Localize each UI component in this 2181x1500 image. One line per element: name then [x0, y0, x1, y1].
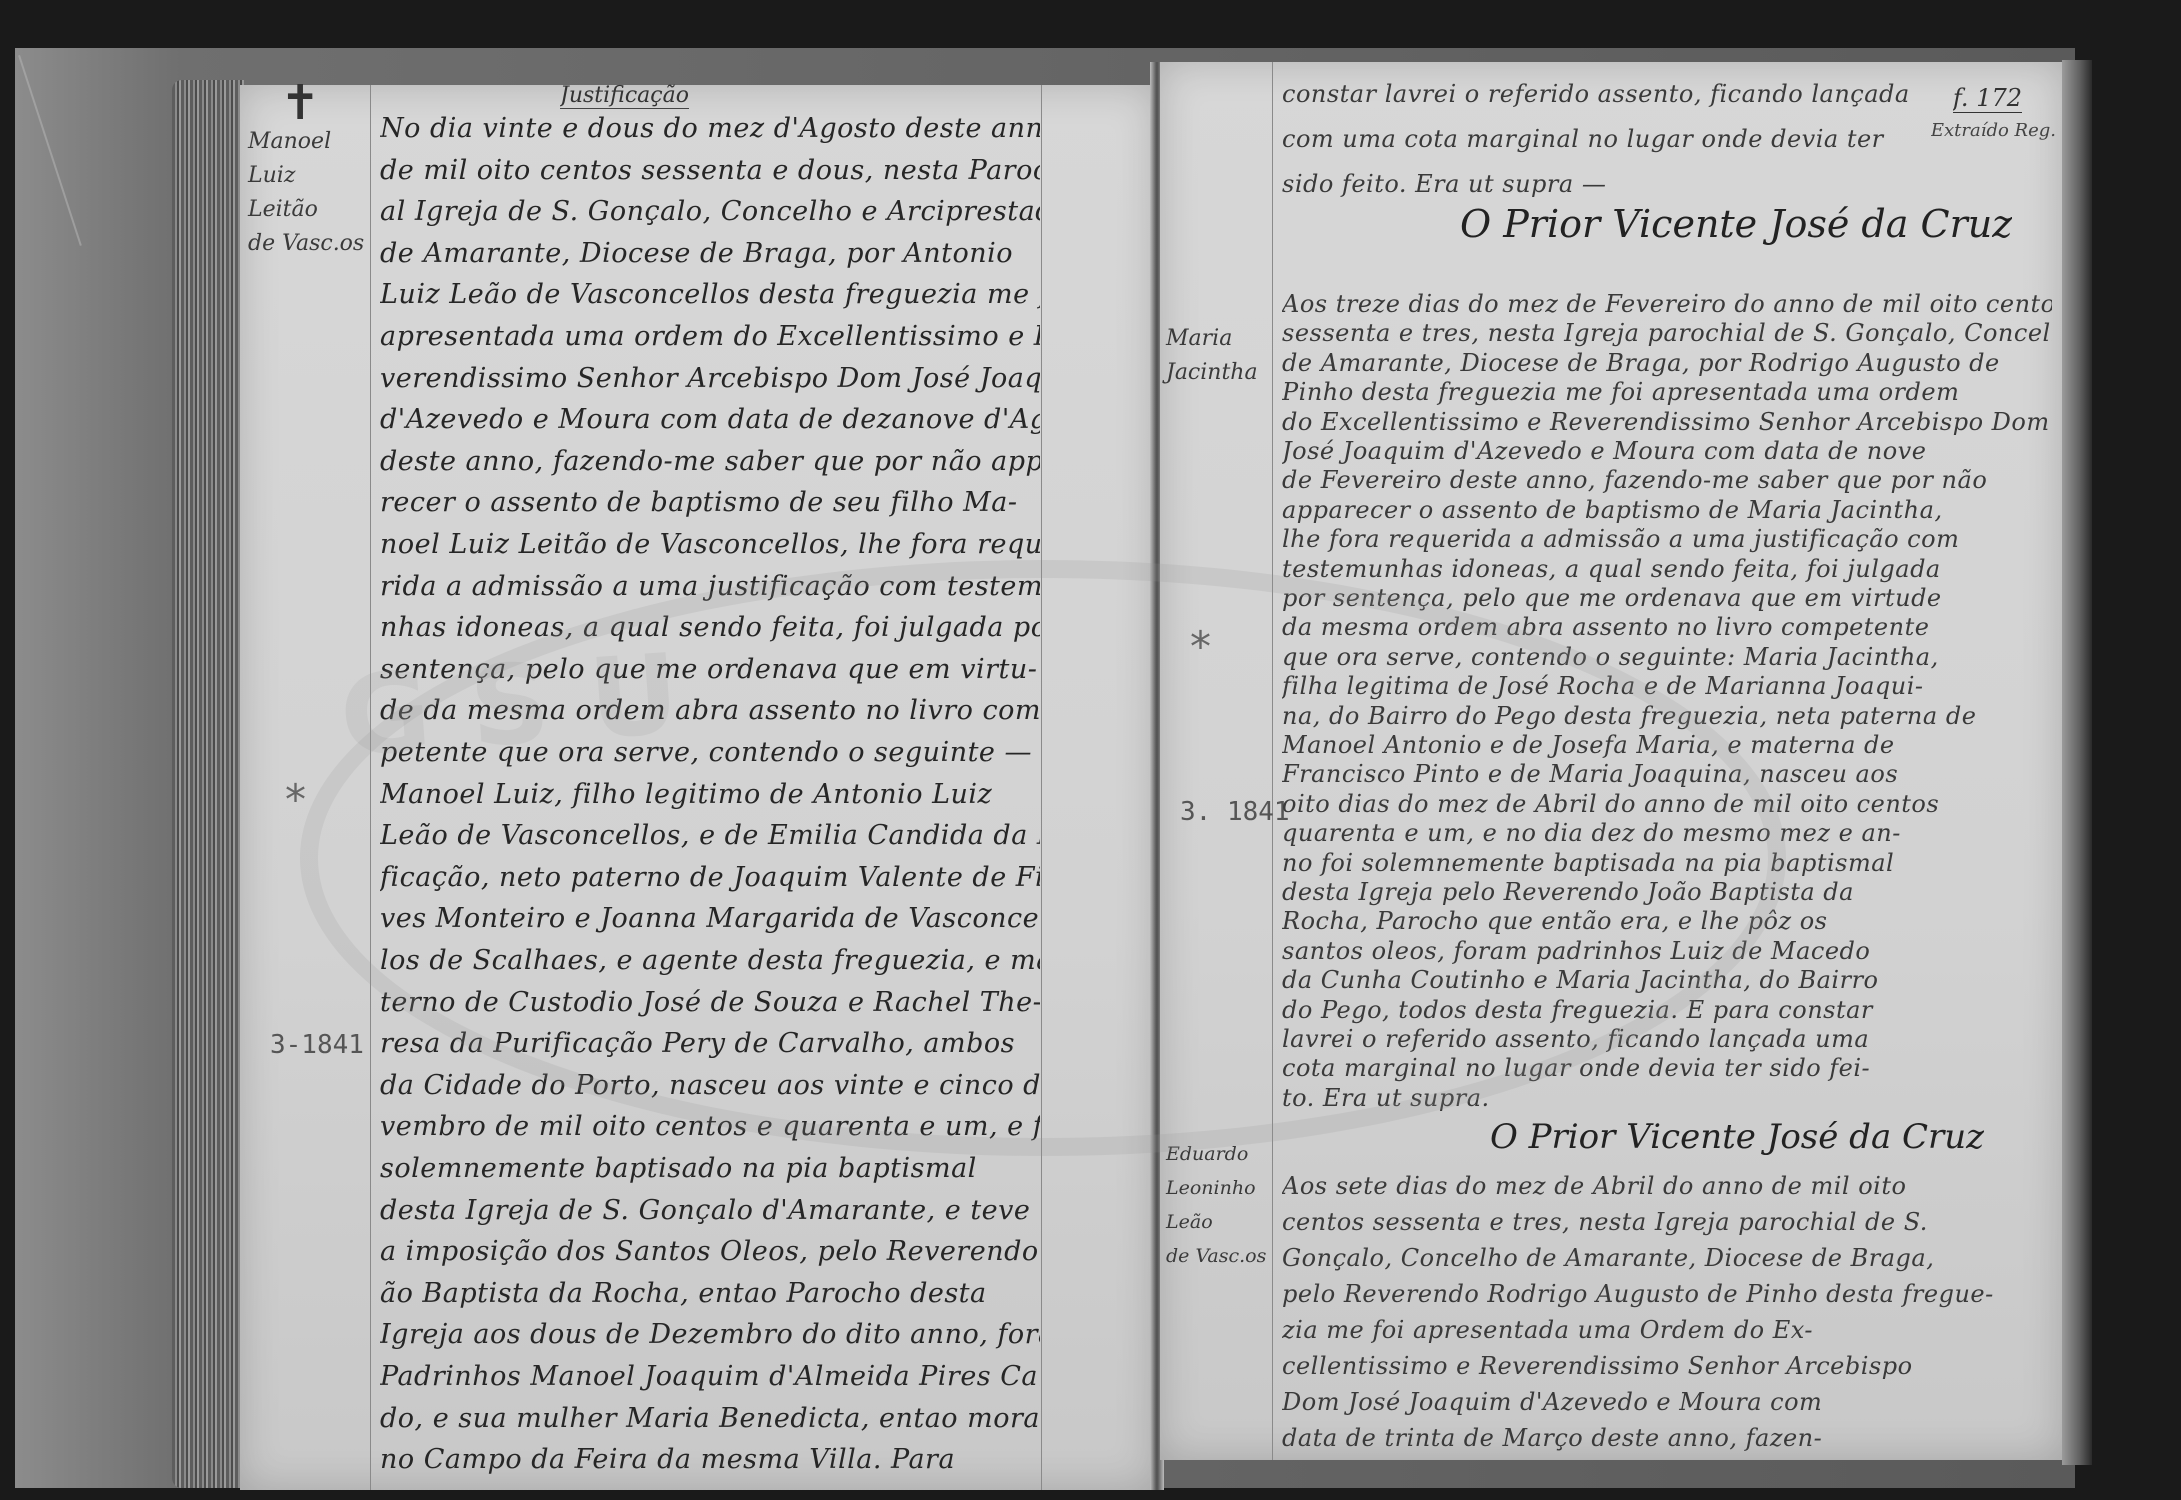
handwritten-line: Pinho desta freguezia me foi apresentada… [1282, 378, 2052, 406]
handwritten-line: Aos treze dias do mez de Fevereiro do an… [1282, 290, 2052, 318]
handwritten-line: José Joaquim d'Azevedo e Moura com data … [1282, 437, 2052, 465]
handwritten-line: desta Igreja de S. Gonçalo d'Amarante, e… [380, 1195, 1040, 1226]
handwritten-line: ficação, neto paterno de Joaquim Valente… [380, 862, 1040, 893]
handwritten-line: Luiz Leão de Vasconcellos desta freguezi… [380, 279, 1040, 310]
handwritten-line: al Igreja de S. Gonçalo, Concelho e Arci… [380, 196, 1040, 227]
handwritten-line: apresentada uma ordem do Excellentissimo… [380, 321, 1040, 352]
handwritten-line: data de trinta de Março deste anno, faze… [1282, 1424, 2052, 1452]
handwritten-line: constar lavrei o referido assento, fican… [1282, 80, 2052, 108]
right-page: f. 172 Extraído Reg. Maria Jacintha * 3.… [1160, 62, 2062, 1460]
handwritten-line: na, do Bairro do Pego desta freguezia, n… [1282, 702, 2052, 730]
margin-ref-year: 3. 1841 [1180, 797, 1290, 827]
handwritten-line: que ora serve, contendo o seguinte: Mari… [1282, 643, 2052, 671]
page-stack-edge [172, 80, 244, 1488]
left-right-rule [1041, 85, 1042, 1490]
handwritten-line: solemnemente baptisado na pia baptismal [380, 1153, 1040, 1184]
handwritten-line: da Cunha Coutinho e Maria Jacintha, do B… [1282, 966, 2052, 994]
margin-note-eduardo: Eduardo Leoninho Leão de Vasc.os [1166, 1137, 1270, 1273]
handwritten-line: de da mesma ordem abra assento no livro … [380, 695, 1040, 726]
handwritten-line: santos oleos, foram padrinhos Luiz de Ma… [1282, 937, 2052, 965]
handwritten-line: sentença, pelo que me ordenava que em vi… [380, 654, 1040, 685]
header-note: Justificação [560, 83, 689, 109]
handwritten-line: sessenta e tres, nesta Igreja parochial … [1282, 319, 2052, 347]
handwritten-line: los de Scalhaes, e agente desta freguezi… [380, 945, 1040, 976]
handwritten-line: pelo Reverendo Rodrigo Augusto de Pinho … [1282, 1280, 2052, 1308]
handwritten-line: Francisco Pinto e de Maria Joaquina, nas… [1282, 760, 2052, 788]
handwritten-line: No dia vinte e dous do mez d'Agosto dest… [380, 113, 1040, 144]
handwritten-line: Rocha, Parocho que então era, e lhe pôz … [1282, 907, 2052, 935]
margin-note-maria-jacintha: Maria Jacintha [1166, 322, 1270, 390]
left-margin-rule [370, 85, 371, 1490]
handwritten-line: lhe fora requerida a admissão a uma just… [1282, 525, 2052, 553]
handwritten-line: recer o assento de baptismo de seu filho… [380, 487, 1040, 518]
handwritten-line: Gonçalo, Concelho de Amarante, Diocese d… [1282, 1244, 2052, 1272]
right-margin-rule [1272, 62, 1273, 1460]
handwritten-line: ão Baptista da Rocha, entao Parocho dest… [380, 1278, 1040, 1309]
handwritten-line: Igreja aos dous de Dezembro do dito anno… [380, 1319, 1040, 1350]
handwritten-line: testemunhas idoneas, a qual sendo feita,… [1282, 555, 2052, 583]
handwritten-line: Aos sete dias do mez de Abril do anno de… [1282, 1172, 2052, 1200]
handwritten-line: cota marginal no lugar onde devia ter si… [1282, 1054, 2052, 1082]
margin-ref-year: 3-1841 [270, 1030, 364, 1060]
handwritten-line: apparecer o assento de baptismo de Maria… [1282, 496, 2052, 524]
asterisk-icon: * [285, 775, 306, 824]
handwritten-line: de mil oito centos sessenta e dous, nest… [380, 155, 1040, 186]
handwritten-line: filha legitima de José Rocha e de Marian… [1282, 672, 2052, 700]
handwritten-line: Leão de Vasconcellos, e de Emilia Candid… [380, 820, 1040, 851]
handwritten-line: por sentença, pelo que me ordenava que e… [1282, 584, 2052, 612]
handwritten-line: zia me foi apresentada uma Ordem do Ex- [1282, 1316, 2052, 1344]
handwritten-line: desta Igreja pelo Reverendo João Baptist… [1282, 878, 2052, 906]
handwritten-line: do Excellentissimo e Reverendissimo Senh… [1282, 408, 2052, 436]
handwritten-line: Manoel Antonio e de Josefa Maria, e mate… [1282, 731, 2052, 759]
handwritten-line: to. Era ut supra. [1282, 1084, 2052, 1112]
handwritten-line: da mesma ordem abra assento no livro com… [1282, 613, 2052, 641]
handwritten-line: oito dias do mez de Abril do anno de mil… [1282, 790, 2052, 818]
handwritten-line: quarenta e um, e no dia dez do mesmo mez… [1282, 819, 2052, 847]
handwritten-line: de Amarante, Diocese de Braga, por Anton… [380, 238, 1040, 269]
handwritten-line: no foi solemnemente baptisada na pia bap… [1282, 849, 2052, 877]
handwritten-line: deste anno, fazendo-me saber que por não… [380, 446, 1040, 477]
handwritten-line: Dom José Joaquim d'Azevedo e Moura com [1282, 1388, 2052, 1416]
handwritten-line: do, e sua mulher Maria Benedicta, entao … [380, 1403, 1040, 1434]
signature-prior-1: O Prior Vicente José da Cruz [1460, 202, 2012, 246]
handwritten-line: Padrinhos Manoel Joaquim d'Almeida Pires… [380, 1361, 1040, 1392]
handwritten-line: verendissimo Senhor Arcebispo Dom José J… [380, 363, 1040, 394]
handwritten-line: noel Luiz Leitão de Vasconcellos, lhe fo… [380, 529, 1040, 560]
handwritten-line: de Fevereiro deste anno, fazendo-me sabe… [1282, 466, 2052, 494]
handwritten-line: Manoel Luiz, filho legitimo de Antonio L… [380, 779, 1040, 810]
handwritten-line: vembro de mil oito centos e quarenta e u… [380, 1111, 1040, 1142]
handwritten-line: do Pego, todos desta freguezia. E para c… [1282, 996, 2052, 1024]
right-page-edge [2062, 60, 2092, 1465]
handwritten-line: lavrei o referido assento, ficando lança… [1282, 1025, 2052, 1053]
handwritten-line: a imposição dos Santos Oleos, pelo Rever… [380, 1236, 1040, 1267]
asterisk-icon: * [1190, 622, 1211, 671]
handwritten-line: sido feito. Era ut supra — [1282, 170, 2052, 198]
handwritten-line: com uma cota marginal no lugar onde devi… [1282, 125, 2052, 153]
cross-mark-icon: ✝ [280, 75, 320, 131]
handwritten-line: d'Azevedo e Moura com data de dezanove d… [380, 404, 1040, 435]
handwritten-line: de Amarante, Diocese de Braga, por Rodri… [1282, 349, 2052, 377]
handwritten-line: rida a admissão a uma justificação com t… [380, 571, 1040, 602]
handwritten-line: ves Monteiro e Joanna Margarida de Vasco… [380, 903, 1040, 934]
handwritten-line: petente que ora serve, contendo o seguin… [380, 737, 1040, 768]
margin-note-name: Manoel Luiz Leitão de Vasc.os [248, 125, 366, 261]
handwritten-line: nhas idoneas, a qual sendo feita, foi ju… [380, 612, 1040, 643]
handwritten-line: no Campo da Feira da mesma Villa. Para [380, 1444, 1040, 1475]
handwritten-line: da Cidade do Porto, nasceu aos vinte e c… [380, 1070, 1040, 1101]
handwritten-line: terno de Custodio José de Souza e Rachel… [380, 987, 1040, 1018]
left-page: ✝ Justificação Manoel Luiz Leitão de Vas… [240, 85, 1155, 1490]
handwritten-line: resa da Purificação Pery de Carvalho, am… [380, 1028, 1040, 1059]
signature-prior-2: O Prior Vicente José da Cruz [1490, 1117, 1984, 1157]
handwritten-line: cellentissimo e Reverendissimo Senhor Ar… [1282, 1352, 2052, 1380]
handwritten-line: centos sessenta e tres, nesta Igreja par… [1282, 1208, 2052, 1236]
